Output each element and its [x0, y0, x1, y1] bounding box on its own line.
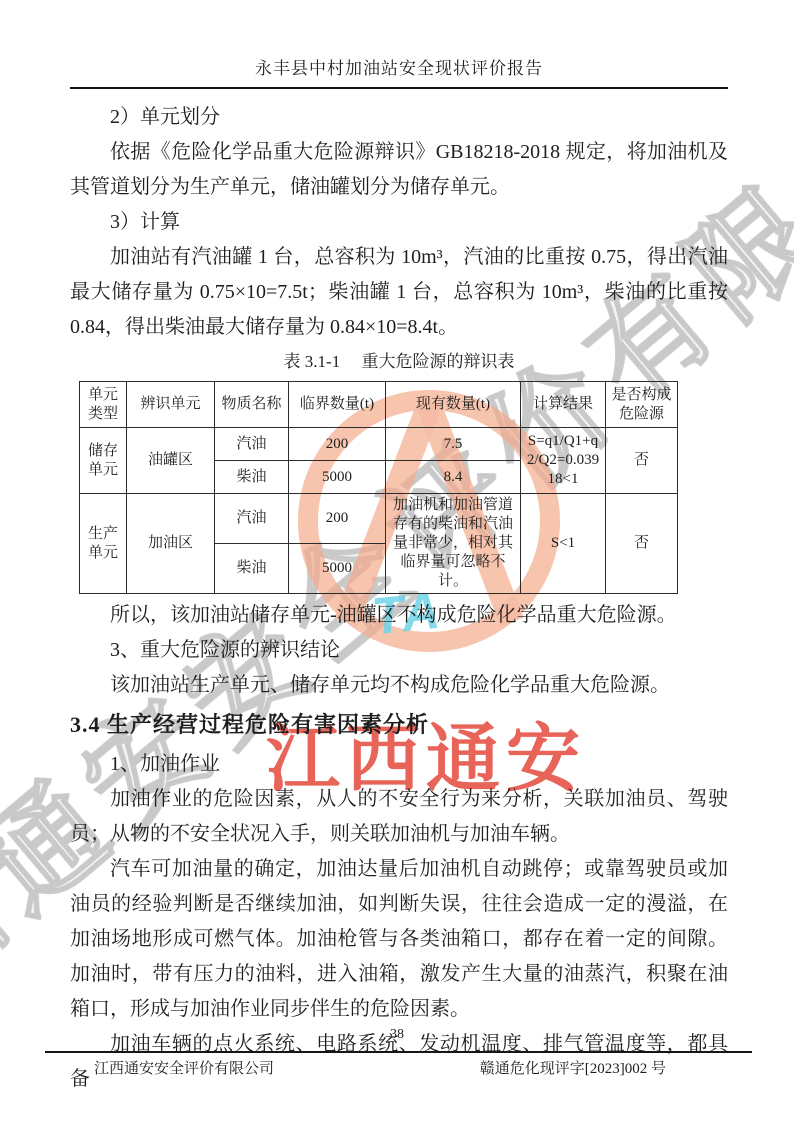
footer-company-name: 江西通安安全评价有限公司: [94, 1057, 274, 1078]
table-header-cell: 是否构成危险源: [606, 382, 678, 428]
paragraph: 汽车可加油量的确定，加油达量后加油机自动跳停；或靠驾驶员或加油员的经验判断是否继…: [70, 852, 728, 1027]
table-cell: 储存单元: [80, 428, 127, 494]
table-header-row: 单元类型 辨识单元 物质名称 临界数量(t) 现有数量(t) 计算结果 是否构成…: [80, 382, 678, 428]
table-cell: 汽油: [215, 428, 289, 461]
table-cell: 生产单元: [80, 494, 127, 594]
table-cell: 加油机和加油管道存有的柴油和汽油量非常少，相对其临界量可忽略不计。: [386, 494, 521, 594]
table-row: 生产单元 加油区 汽油 200 加油机和加油管道存有的柴油和汽油量非常少，相对其…: [80, 494, 678, 544]
table-cell: 200: [289, 494, 386, 544]
table-cell: 汽油: [215, 494, 289, 544]
paragraph: 加油站有汽油罐 1 台，总容积为 10m³，汽油的比重按 0.75，得出汽油最大…: [70, 240, 728, 345]
table-cell: 柴油: [215, 461, 289, 494]
table-cell: 柴油: [215, 544, 289, 594]
table-caption: 表 3.1-1 重大危险源的辩识表: [70, 345, 728, 378]
table-header-cell: 现有数量(t): [386, 382, 521, 428]
paragraph: 加油作业的危险因素，从人的不安全行为来分析，关联加油员、驾驶员；从物的不安全状况…: [70, 782, 728, 852]
table-header-cell: 辨识单元: [127, 382, 215, 428]
table-cell: 7.5: [386, 428, 521, 461]
page-content: 永丰县中村加油站安全现状评价报告 2）单元划分 依据《危险化学品重大危险源辩识》…: [70, 54, 728, 1097]
table-header-cell: 计算结果: [521, 382, 606, 428]
document-page: 江西通安安全评价有限公司 TA 江西通安 永丰县中村加油站安全现状评价报告 2）…: [0, 0, 794, 1123]
table-cell: S=q1/Q1+q2/Q2=0.03918<1: [521, 428, 606, 494]
major-hazard-identification-table: 单元类型 辨识单元 物质名称 临界数量(t) 现有数量(t) 计算结果 是否构成…: [79, 381, 678, 594]
table-header-cell: 物质名称: [215, 382, 289, 428]
chapter-heading-3-4: 3.4 生产经营过程危险有害因素分析: [70, 705, 728, 745]
table-cell: 加油区: [127, 494, 215, 594]
footer-document-number: 赣通危化现评字[2023]002 号: [480, 1057, 666, 1078]
section-heading-calculation: 3）计算: [70, 205, 728, 240]
table-row: 储存单元 油罐区 汽油 200 7.5 S=q1/Q1+q2/Q2=0.0391…: [80, 428, 678, 461]
table-cell: 5000: [289, 544, 386, 594]
body-text: 2）单元划分 依据《危险化学品重大危险源辩识》GB18218-2018 规定，将…: [70, 100, 728, 1097]
page-number: 38: [0, 1027, 794, 1043]
table-header-cell: 临界数量(t): [289, 382, 386, 428]
paragraph: 所以，该加油站储存单元-油罐区不构成危险化学品重大危险源。: [70, 598, 728, 633]
table-cell: 8.4: [386, 461, 521, 494]
table-cell: S<1: [521, 494, 606, 594]
section-heading-refueling: 1、加油作业: [70, 747, 728, 782]
section-heading-unit-division: 2）单元划分: [70, 100, 728, 135]
paragraph: 该加油站生产单元、储存单元均不构成危险化学品重大危险源。: [70, 668, 728, 703]
table-cell: 否: [606, 428, 678, 494]
paragraph: 依据《危险化学品重大危险源辩识》GB18218-2018 规定，将加油机及其管道…: [70, 135, 728, 205]
table-cell: 否: [606, 494, 678, 594]
section-heading-conclusion: 3、重大危险源的辨识结论: [70, 633, 728, 668]
table-cell: 5000: [289, 461, 386, 494]
footer-divider: [45, 1051, 752, 1053]
table-header-cell: 单元类型: [80, 382, 127, 428]
running-header-title: 永丰县中村加油站安全现状评价报告: [70, 54, 728, 89]
table-cell: 油罐区: [127, 428, 215, 494]
table-cell: 200: [289, 428, 386, 461]
footer: 江西通安安全评价有限公司 赣通危化现评字[2023]002 号: [94, 1057, 666, 1078]
